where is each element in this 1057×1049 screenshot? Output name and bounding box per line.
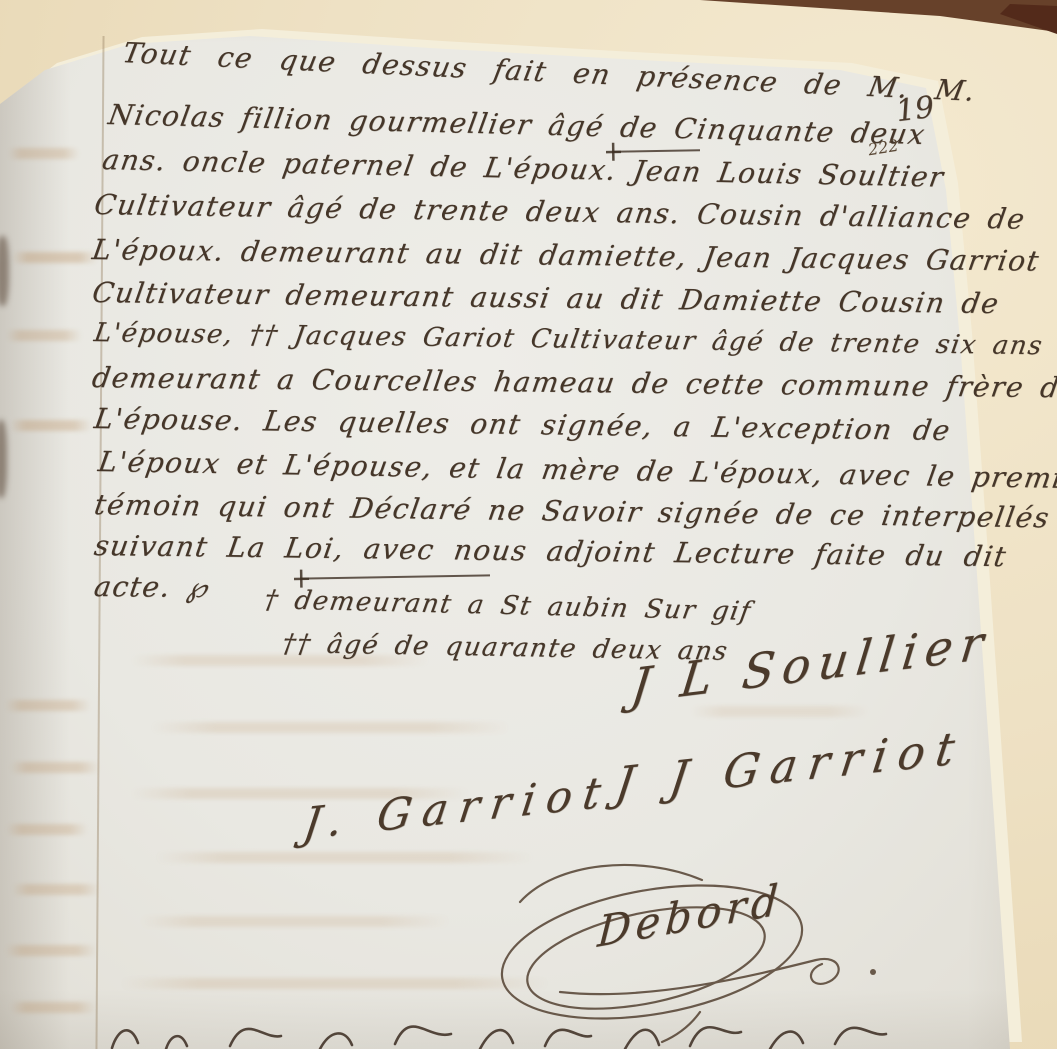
manuscript-line: acte. ℘ (92, 570, 211, 604)
bleed-through-smudge (140, 916, 450, 927)
bleed-through-smudge (120, 978, 550, 989)
bleed-through-smudge (5, 945, 97, 956)
bleed-through-smudge (10, 1002, 96, 1013)
bleed-through-smudge (8, 148, 80, 159)
bleed-through-smudge (10, 420, 92, 431)
page-number: 19 (894, 90, 936, 129)
gutter-shadow (0, 420, 7, 498)
bleed-through-smudge (6, 330, 82, 341)
gutter-shadow (0, 236, 9, 306)
bleed-through-smudge (690, 706, 870, 717)
plus-mark-icon (294, 570, 309, 588)
photo-of-register-page: Tout ce que dessus fait en présence de M… (0, 0, 1057, 1049)
plus-mark-icon (606, 143, 621, 161)
bleed-through-smudge (6, 824, 88, 835)
bleed-through-smudge (150, 722, 510, 733)
bleed-through-smudge (12, 884, 100, 895)
bleed-through-smudge (5, 700, 91, 711)
bleed-through-smudge (10, 762, 100, 773)
bleed-through-smudge (155, 852, 535, 863)
bleed-through-smudge (12, 252, 98, 263)
